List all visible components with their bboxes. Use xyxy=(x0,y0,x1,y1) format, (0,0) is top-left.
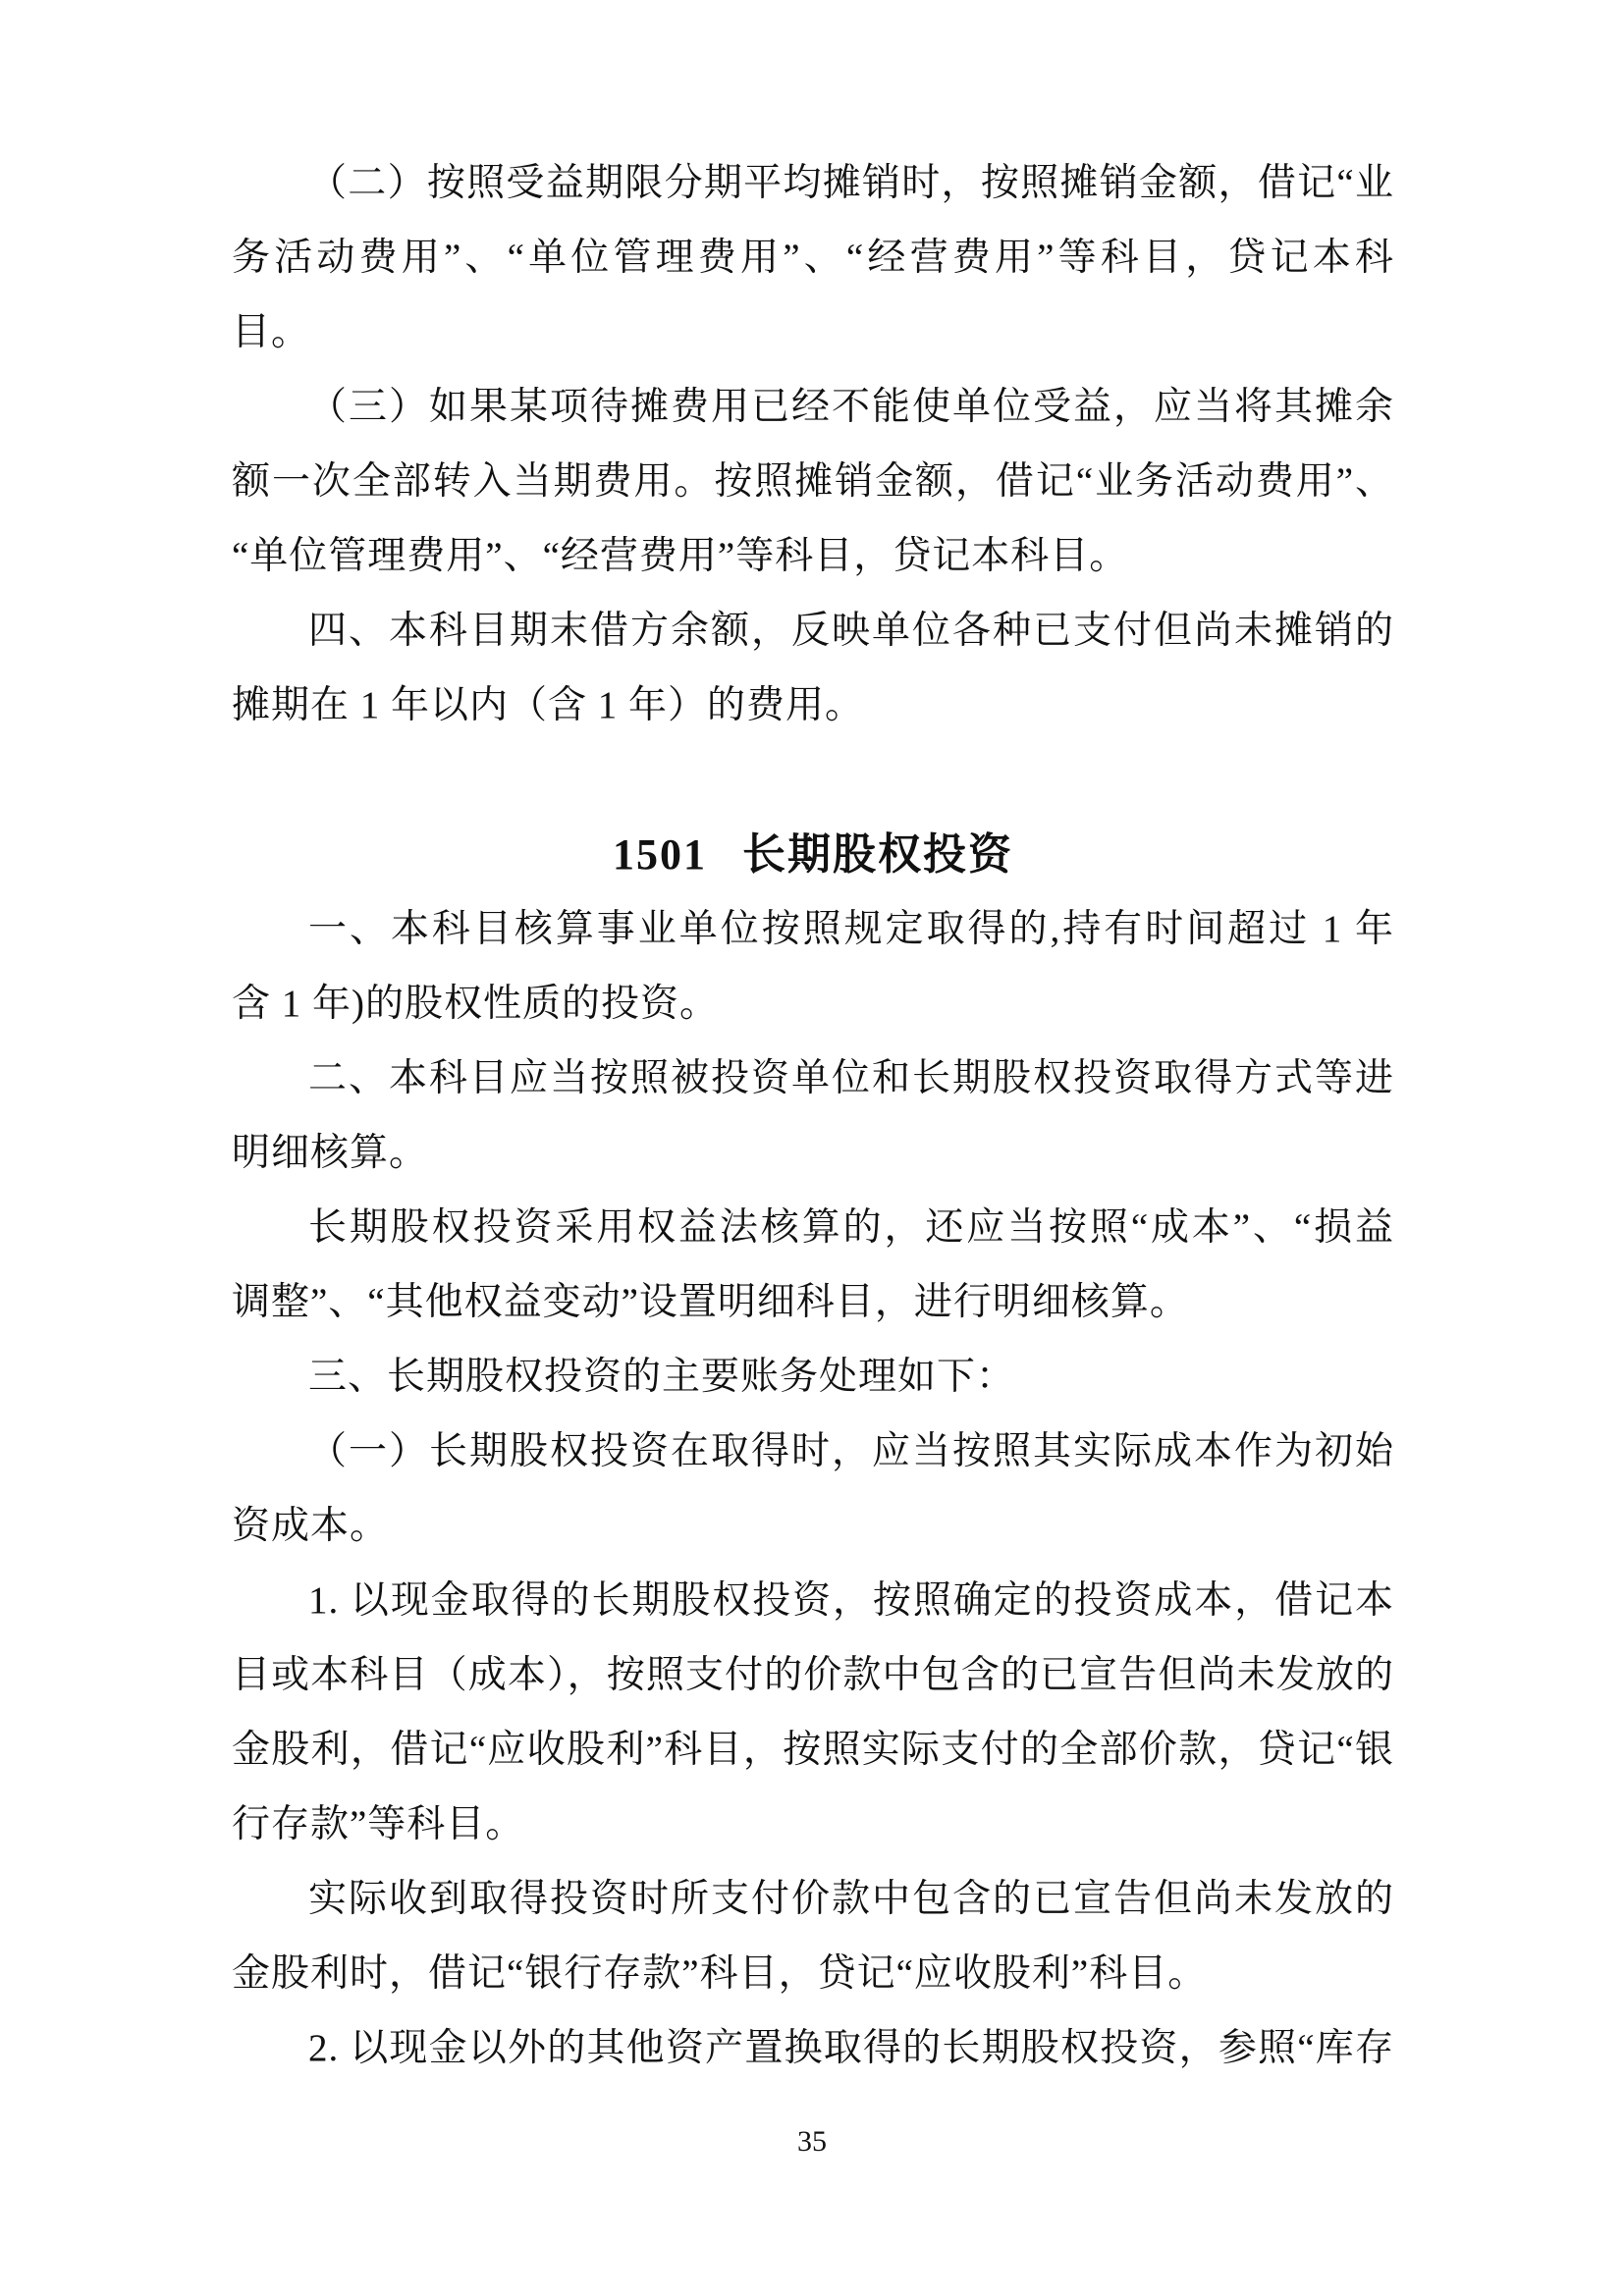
section-heading: 1501长期股权投资 xyxy=(232,818,1394,892)
text-line: 目或本科目（成本），按照支付的价款中包含的已宣告但尚未发放的现 xyxy=(232,1638,1394,1713)
text-line: 二、本科目应当按照被投资单位和长期股权投资取得方式等进行 xyxy=(232,1041,1394,1116)
text-line: （三）如果某项待摊费用已经不能使单位受益，应当将其摊余金 xyxy=(232,370,1394,445)
text-line: 含 1 年)的股权性质的投资。 xyxy=(232,967,1394,1041)
text-line: 摊期在 1 年以内（含 1 年）的费用。 xyxy=(232,668,1394,743)
text-line: 2. 以现金以外的其他资产置换取得的长期股权投资，参照“库存 xyxy=(232,2011,1394,2086)
text-line: 明细核算。 xyxy=(232,1116,1394,1191)
section-code: 1501 xyxy=(613,830,707,879)
text-line: 调整”、“其他权益变动”设置明细科目，进行明细核算。 xyxy=(232,1265,1394,1340)
text-line: 一、本科目核算事业单位按照规定取得的,持有时间超过 1 年(不 xyxy=(232,892,1394,967)
text-line: “单位管理费用”、“经营费用”等科目，贷记本科目。 xyxy=(232,519,1394,594)
text-line: 行存款”等科目。 xyxy=(232,1788,1394,1862)
document-body: （二）按照受益期限分期平均摊销时，按照摊销金额，借记“业务活动费用”、“单位管理… xyxy=(232,146,1394,2086)
text-line: 目。 xyxy=(232,295,1394,370)
text-line: （一）长期股权投资在取得时，应当按照其实际成本作为初始投 xyxy=(232,1415,1394,1489)
page-footer: 35 xyxy=(0,2122,1624,2162)
paragraphs-top: （二）按照受益期限分期平均摊销时，按照摊销金额，借记“业务活动费用”、“单位管理… xyxy=(232,146,1394,743)
text-line: 金股利，借记“应收股利”科目，按照实际支付的全部价款，贷记“银 xyxy=(232,1713,1394,1788)
paragraphs-bottom: 一、本科目核算事业单位按照规定取得的,持有时间超过 1 年(不含 1 年)的股权… xyxy=(232,892,1394,2086)
text-line: 资成本。 xyxy=(232,1489,1394,1564)
text-line: 四、本科目期末借方余额，反映单位各种已支付但尚未摊销的分 xyxy=(232,594,1394,668)
text-line: （二）按照受益期限分期平均摊销时，按照摊销金额，借记“业 xyxy=(232,146,1394,221)
text-line: 额一次全部转入当期费用。按照摊销金额，借记“业务活动费用”、 xyxy=(232,445,1394,519)
text-line: 金股利时，借记“银行存款”科目，贷记“应收股利”科目。 xyxy=(232,1937,1394,2011)
section-title: 长期股权投资 xyxy=(742,830,1013,879)
page-number: 35 xyxy=(797,2125,827,2158)
text-line: 三、长期股权投资的主要账务处理如下： xyxy=(232,1340,1394,1415)
text-line: 务活动费用”、“单位管理费用”、“经营费用”等科目，贷记本科 xyxy=(232,221,1394,295)
text-line: 长期股权投资采用权益法核算的，还应当按照“成本”、“损益 xyxy=(232,1191,1394,1265)
text-line: 实际收到取得投资时所支付价款中包含的已宣告但尚未发放的现 xyxy=(232,1862,1394,1937)
document-page: （二）按照受益期限分期平均摊销时，按照摊销金额，借记“业务活动费用”、“单位管理… xyxy=(0,0,1624,2296)
text-line: 1. 以现金取得的长期股权投资，按照确定的投资成本，借记本科 xyxy=(232,1564,1394,1638)
